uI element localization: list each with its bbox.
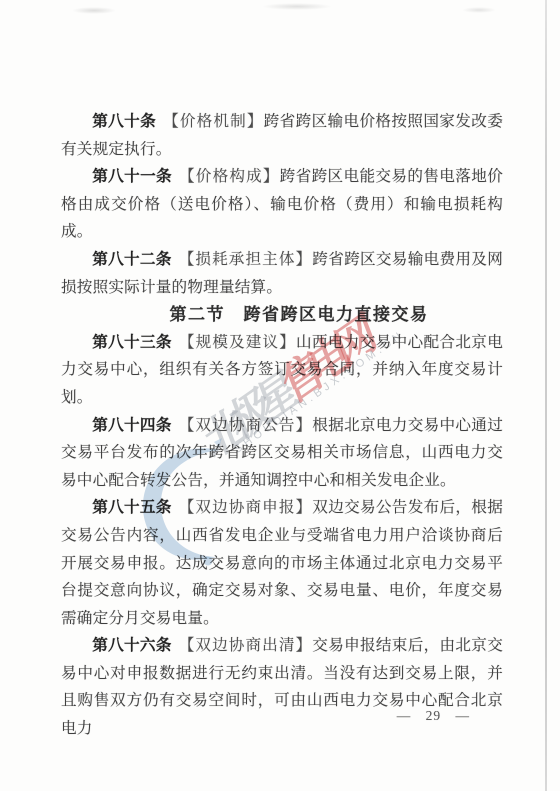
article-title: 【双边协商公告】	[179, 417, 313, 434]
article-number: 第八十五条	[92, 499, 172, 516]
article-number: 第八十六条	[92, 637, 172, 654]
article-body: 双边交易公告发布后，根据交易公告内容，山西省发电企业与受端省电力用户洽谈协商后开…	[61, 499, 503, 626]
article-number: 第八十四条	[92, 417, 172, 434]
article-81: 第八十一条【价格构成】跨省跨区电能交易的售电落地价格由成交价格（送电价格）、输电…	[61, 163, 503, 246]
section-heading: 第二节 跨省跨区电力直接交易	[61, 301, 503, 329]
article-85: 第八十五条【双边协商申报】双边交易公告发布后，根据交易公告内容，山西省发电企业与…	[61, 494, 503, 632]
article-82: 第八十二条【损耗承担主体】跨省跨区交易输电费用及网损按照实际计量的物理量结算。	[61, 246, 503, 301]
document-page: 第八十条【价格机制】跨省跨区输电价格按照国家发改委有关规定执行。 第八十一条【价…	[0, 0, 560, 791]
article-title: 【双边协商申报】	[179, 499, 313, 516]
article-number: 第八十二条	[92, 251, 172, 268]
article-number: 第八十一条	[92, 168, 172, 185]
scan-edge-line	[545, 0, 547, 791]
scan-smudge	[262, 3, 332, 10]
article-text-block: 第八十条【价格机制】跨省跨区输电价格按照国家发改委有关规定执行。 第八十一条【价…	[61, 108, 503, 743]
article-title: 【价格机制】	[163, 113, 264, 130]
scan-smudge	[72, 7, 116, 14]
article-number: 第八十条	[92, 113, 156, 130]
page-number: — 29 —	[397, 708, 470, 724]
article-84: 第八十四条【双边协商公告】根据北京电力交易中心通过交易平台发布的次年跨省跨区交易…	[61, 412, 503, 495]
article-80: 第八十条【价格机制】跨省跨区输电价格按照国家发改委有关规定执行。	[61, 108, 503, 163]
article-number: 第八十三条	[92, 334, 172, 351]
article-title: 【价格构成】	[179, 168, 280, 185]
scan-smudge	[462, 7, 496, 13]
article-86: 第八十六条【双边协商出清】交易申报结束后，由北京交易中心对申报数据进行无约束出清…	[61, 632, 503, 742]
article-title: 【规模及建议】	[179, 334, 296, 351]
article-title: 【双边协商出清】	[179, 637, 313, 654]
article-title: 【损耗承担主体】	[179, 251, 313, 268]
article-83: 第八十三条【规模及建议】山西电力交易中心配合北京电力交易中心，组织有关各方签订交…	[61, 329, 503, 412]
